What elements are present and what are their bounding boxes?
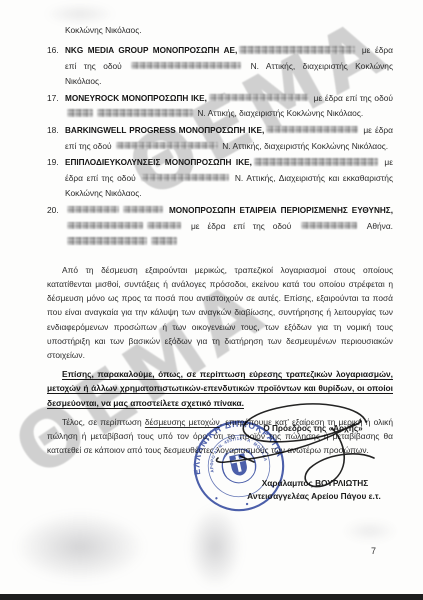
redaction-bar [254, 158, 378, 166]
redaction-bar [209, 94, 309, 102]
signatory-title: Αντεισαγγελέας Αρείου Πάγου ε.τ. [233, 491, 395, 501]
numbered-list: 16.NKG MEDIA GROUP ΜΟΝΟΠΡΟΣΩΠΗ ΑΕ, με έδ… [47, 43, 393, 250]
company-name: BARKINGWELL PROGRESS ΜΟΝΟΠΡΟΣΩΠΗ ΙΚΕ, [65, 126, 264, 135]
company-name: NKG MEDIA GROUP ΜΟΝΟΠΡΟΣΩΠΗ ΑΕ, [65, 46, 237, 55]
company-name: ΜΟΝΟΠΡΟΣΩΠΗ ΕΤΑΙΡΕΙΑ ΠΕΡΙΟΡΙΣΜΕΝΗΣ ΕΥΘΥΝ… [165, 206, 393, 215]
bottom-scan-bar [0, 594, 423, 600]
redaction-bar [116, 142, 218, 150]
company-name: MONEYROCK ΜΟΝΟΠΡΟΣΩΠΗ ΙΚΕ, [65, 94, 207, 103]
item-text-segment: Αθήνα. [359, 221, 393, 231]
redaction-bar [67, 222, 143, 230]
list-item-16: 16.NKG MEDIA GROUP ΜΟΝΟΠΡΟΣΩΠΗ ΑΕ, με έδ… [47, 43, 393, 90]
redaction-bar [97, 109, 193, 117]
paragraph-exemption: Από τη δέσμευση εξαιρούνται μερικώς, τρα… [47, 263, 393, 362]
paragraph-final-pre: Τέλος, σε περίπτωση [62, 417, 145, 427]
page-number: 7 [371, 546, 376, 556]
redaction-bar [239, 46, 355, 54]
item-number: 17. [47, 91, 59, 107]
list-item-20: 20. ΜΟΝΟΠΡΟΣΩΠΗ ΕΤΑΙΡΕΙΑ ΠΕΡΙΟΡΙΣΜΕΝΗΣ Ε… [47, 203, 393, 250]
redaction-bar [141, 174, 229, 182]
list-item-18: 18.BARKINGWELL PROGRESS ΜΟΝΟΠΡΟΣΩΠΗ ΙΚΕ,… [47, 123, 393, 154]
scan-smudge [342, 520, 398, 542]
list-item-17: 17.MONEYROCK ΜΟΝΟΠΡΟΣΩΠΗ ΙΚΕ, με έδρα επ… [47, 91, 393, 122]
redaction-bar [266, 126, 358, 134]
redaction-bar [131, 62, 241, 70]
item-text-segment: με έδρα επί της οδού [183, 221, 299, 231]
document-body: Κοκλώνης Νικόλαος. 16.NKG MEDIA GROUP ΜΟ… [47, 24, 393, 457]
signature-strokes [216, 404, 374, 487]
item-text-segment: Ν. Αττικής, διαχειριστής Κοκλώνης Νικόλα… [195, 108, 363, 118]
item-number: 18. [47, 123, 59, 139]
item-number: 16. [47, 43, 59, 59]
company-name: ΕΠΙΠΛΟΔΙΕΥΚΟΛΥΝΣΕΙΣ ΜΟΝΟΠΡΟΣΩΠΗ ΙΚΕ, [65, 158, 252, 167]
item-text-segment: με έδρα επί της οδού [311, 93, 393, 103]
redaction-bar [67, 206, 119, 214]
continuation-line: Κοκλώνης Νικόλαος. [65, 24, 393, 36]
redaction-bar [147, 222, 181, 230]
redaction-bar [67, 109, 93, 117]
list-item-19: 19.ΕΠΙΠΛΟΔΙΕΥΚΟΛΥΝΣΕΙΣ ΜΟΝΟΠΡΟΣΩΠΗ ΙΚΕ, … [47, 155, 393, 202]
handwritten-signature [204, 398, 390, 504]
item-number: 19. [47, 155, 59, 171]
redaction-bar [301, 222, 357, 230]
item-text-segment: Ν. Αττικής, διαχειριστής Κοκλώνης Νικόλα… [220, 141, 388, 151]
president-line: Ο Πρόεδρος της «Αρχής» [252, 424, 374, 433]
redaction-bar [151, 237, 177, 245]
signatory-name: Χαράλαμπος ΒΟΥΡΛΙΩΤΗΣ [247, 478, 383, 488]
document-page: ΘΕΜΑ ΘΕΜΑ Κοκλώνης Νικόλαος. 16.NKG MEDI… [0, 0, 423, 600]
scan-smudge [14, 512, 146, 582]
item-number: 20. [47, 203, 59, 219]
scan-smudge [44, 4, 116, 24]
redaction-bar [67, 237, 147, 245]
redaction-bar [123, 206, 163, 214]
